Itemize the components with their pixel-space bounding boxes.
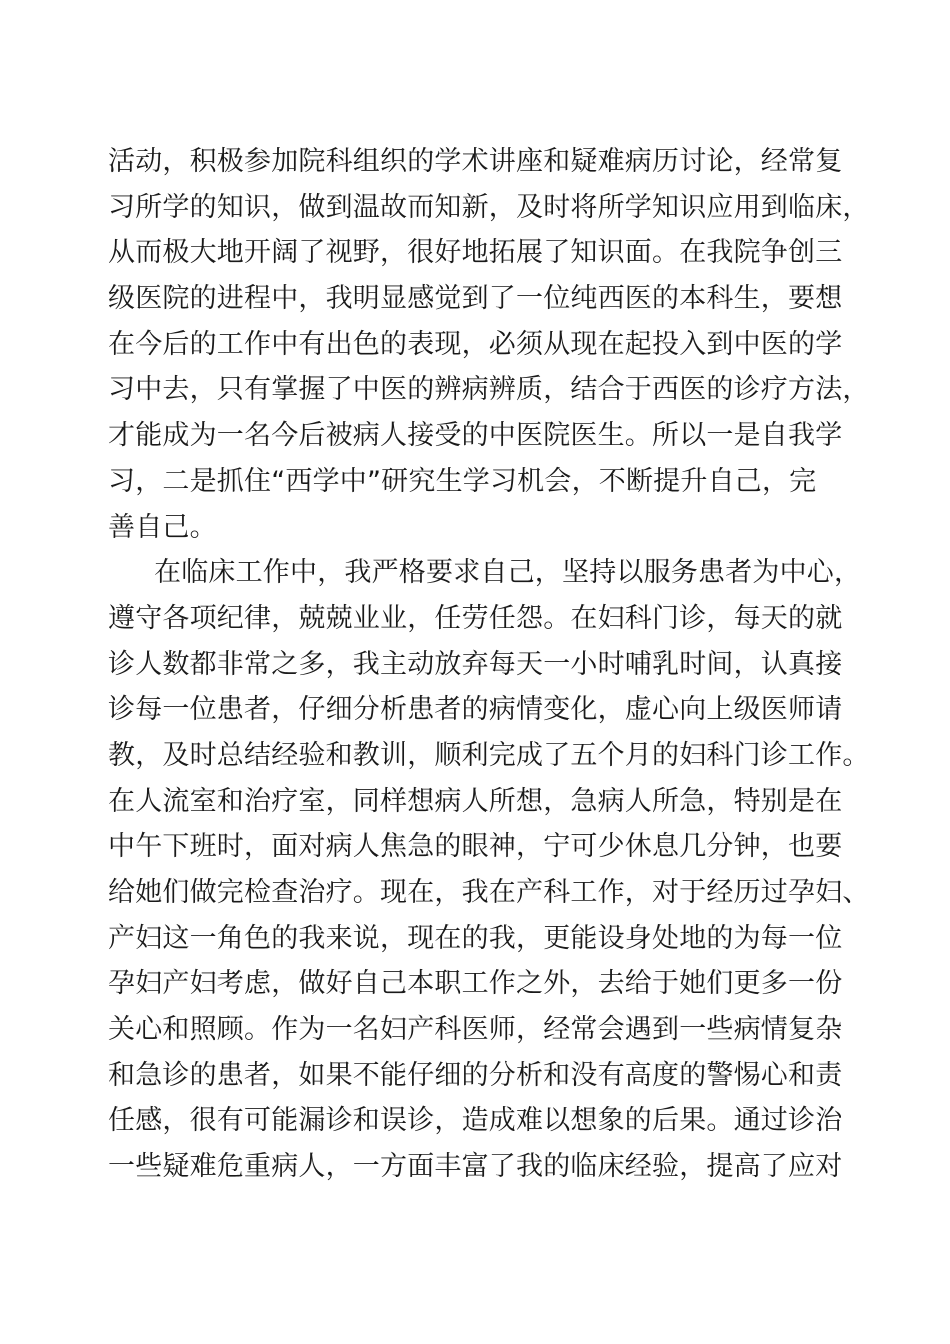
- text-line: 和急诊的患者，如果不能仔细的分析和没有高度的警惕心和责: [108, 1053, 844, 1099]
- text-line: 习中去，只有掌握了中医的辨病辨质，结合于西医的诊疗方法，: [108, 367, 844, 413]
- text-line: 在今后的工作中有出色的表现，必须从现在起投入到中医的学: [108, 322, 844, 368]
- text-line: 中午下班时，面对病人焦急的眼神，宁可少休息几分钟，也要: [108, 824, 844, 870]
- document-page: 活动，积极参加院科组织的学术讲座和疑难病历讨论，经常复 习所学的知识，做到温故而…: [0, 0, 950, 1344]
- text-line: 在人流室和治疗室，同样想病人所想，急病人所急，特别是在: [108, 779, 844, 825]
- text-line: 给她们做完检查治疗。现在，我在产科工作，对于经历过孕妇、: [108, 870, 844, 916]
- text-line: 孕妇产妇考虑，做好自己本职工作之外，去给于她们更多一份: [108, 961, 844, 1007]
- document-text: 活动，积极参加院科组织的学术讲座和疑难病历讨论，经常复 习所学的知识，做到温故而…: [108, 139, 844, 1190]
- text-line: 习所学的知识，做到温故而知新，及时将所学知识应用到临床，: [108, 185, 844, 231]
- text-line: 诊每一位患者，仔细分析患者的病情变化，虚心向上级医师请: [108, 687, 844, 733]
- text-line-paragraph-end: 善自己。: [108, 505, 844, 551]
- text-line: 从而极大地开阔了视野，很好地拓展了知识面。在我院争创三: [108, 230, 844, 276]
- text-line: 教，及时总结经验和教训，顺利完成了五个月的妇科门诊工作。: [108, 733, 844, 779]
- text-line: 活动，积极参加院科组织的学术讲座和疑难病历讨论，经常复: [108, 139, 844, 185]
- text-line: 一些疑难危重病人，一方面丰富了我的临床经验，提高了应对: [108, 1144, 844, 1190]
- text-line: 遵守各项纪律，兢兢业业，任劳任怨。在妇科门诊，每天的就: [108, 596, 844, 642]
- text-line-paragraph-start: 在临床工作中，我严格要求自己，坚持以服务患者为中心，: [108, 550, 844, 596]
- text-line: 诊人数都非常之多，我主动放弃每天一小时哺乳时间，认真接: [108, 642, 844, 688]
- text-line: 级医院的进程中，我明显感觉到了一位纯西医的本科生，要想: [108, 276, 844, 322]
- text-line: 产妇这一角色的我来说，现在的我，更能设身处地的为每一位: [108, 916, 844, 962]
- text-line: 习，二是抓住“西学中”研究生学习机会，不断提升自己，完: [108, 459, 844, 505]
- text-line: 才能成为一名今后被病人接受的中医院医生。所以一是自我学: [108, 413, 844, 459]
- text-line: 任感，很有可能漏诊和误诊，造成难以想象的后果。通过诊治: [108, 1098, 844, 1144]
- text-line: 关心和照顾。作为一名妇产科医师，经常会遇到一些病情复杂: [108, 1007, 844, 1053]
